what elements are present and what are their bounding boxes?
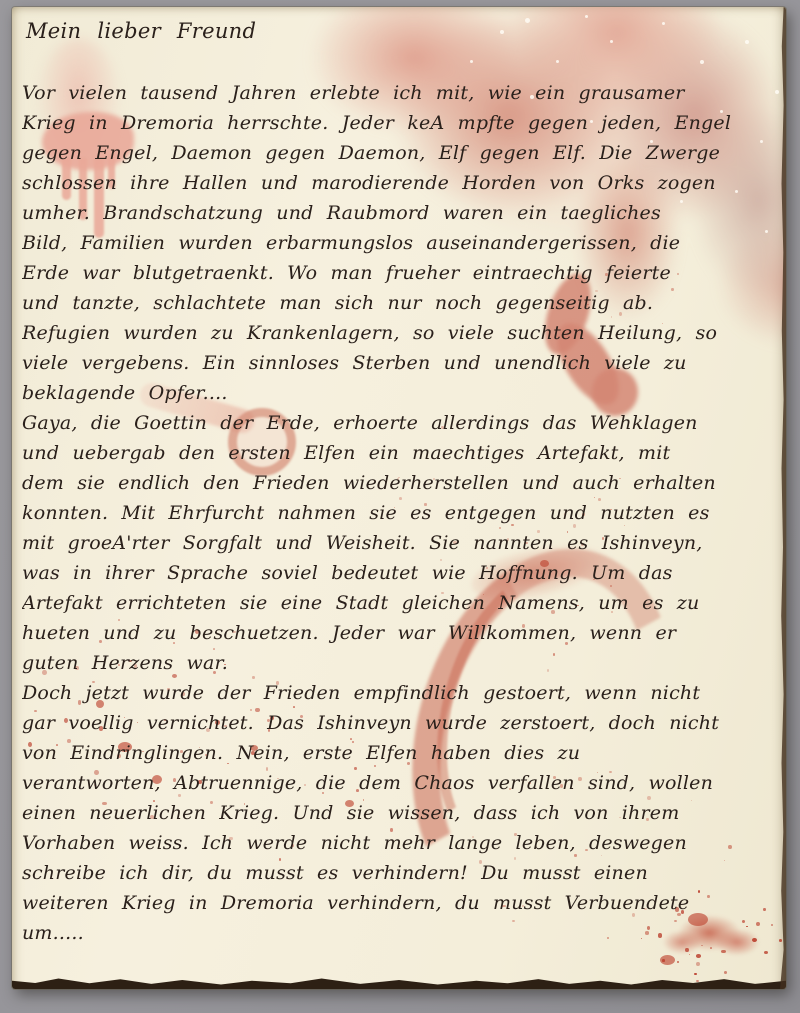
letter-line: Gaya, die Goettin der Erde, erhoerte all… <box>22 408 774 438</box>
letter-line: mit groeA'rter Sorgfalt und Weisheit. Si… <box>22 528 774 558</box>
letter-line: Krieg in Dremoria herrschte. Jeder keA m… <box>22 108 774 138</box>
letter-line: um..... <box>22 918 774 948</box>
letter-greeting: Mein lieber Freund <box>26 16 256 46</box>
letter-line: einen neuerlichen Krieg. Und sie wissen,… <box>22 798 774 828</box>
letter-line: Doch jetzt wurde der Frieden empfindlich… <box>22 678 774 708</box>
letter-line: und tanzte, schlachtete man sich nur noc… <box>22 288 774 318</box>
letter-line: verantworten, Abtruennige, die dem Chaos… <box>22 768 774 798</box>
letter-line: und uebergab den ersten Elfen ein maecht… <box>22 438 774 468</box>
letter-page: Mein lieber Freund Vor vielen tausend Ja… <box>12 7 786 989</box>
letter-line: umher. Brandschatzung und Raubmord waren… <box>22 198 774 228</box>
letter-line: Vorhaben weiss. Ich werde nicht mehr lan… <box>22 828 774 858</box>
letter-line: dem sie endlich den Frieden wiederherste… <box>22 468 774 498</box>
letter-line: Artefakt errichteten sie eine Stadt glei… <box>22 588 774 618</box>
letter-line: weiteren Krieg in Dremoria verhindern, d… <box>22 888 774 918</box>
letter-body: Vor vielen tausend Jahren erlebte ich mi… <box>22 78 774 948</box>
letter-line: beklagende Opfer.... <box>22 378 774 408</box>
letter-line: viele vergebens. Ein sinnloses Sterben u… <box>22 348 774 378</box>
letter-line: schlossen ihre Hallen und marodierende H… <box>22 168 774 198</box>
letter-line: von Eindringlingen. Nein, erste Elfen ha… <box>22 738 774 768</box>
letter-line: hueten und zu beschuetzen. Jeder war Wil… <box>22 618 774 648</box>
letter-line: schreibe ich dir, du musst es verhindern… <box>22 858 774 888</box>
letter-line: Refugien wurden zu Krankenlagern, so vie… <box>22 318 774 348</box>
letter-line: Erde war blutgetraenkt. Wo man frueher e… <box>22 258 774 288</box>
letter-line: guten Herzens war. <box>22 648 774 678</box>
letter-content: Mein lieber Freund Vor vielen tausend Ja… <box>12 7 786 989</box>
letter-line: Bild, Familien wurden erbarmungslos ause… <box>22 228 774 258</box>
letter-line: gar voellig vernichtet. Das Ishinveyn wu… <box>22 708 774 738</box>
letter-line: gegen Engel, Daemon gegen Daemon, Elf ge… <box>22 138 774 168</box>
letter-line: was in ihrer Sprache soviel bedeutet wie… <box>22 558 774 588</box>
letter-line: Vor vielen tausend Jahren erlebte ich mi… <box>22 78 774 108</box>
letter-line: konnten. Mit Ehrfurcht nahmen sie es ent… <box>22 498 774 528</box>
